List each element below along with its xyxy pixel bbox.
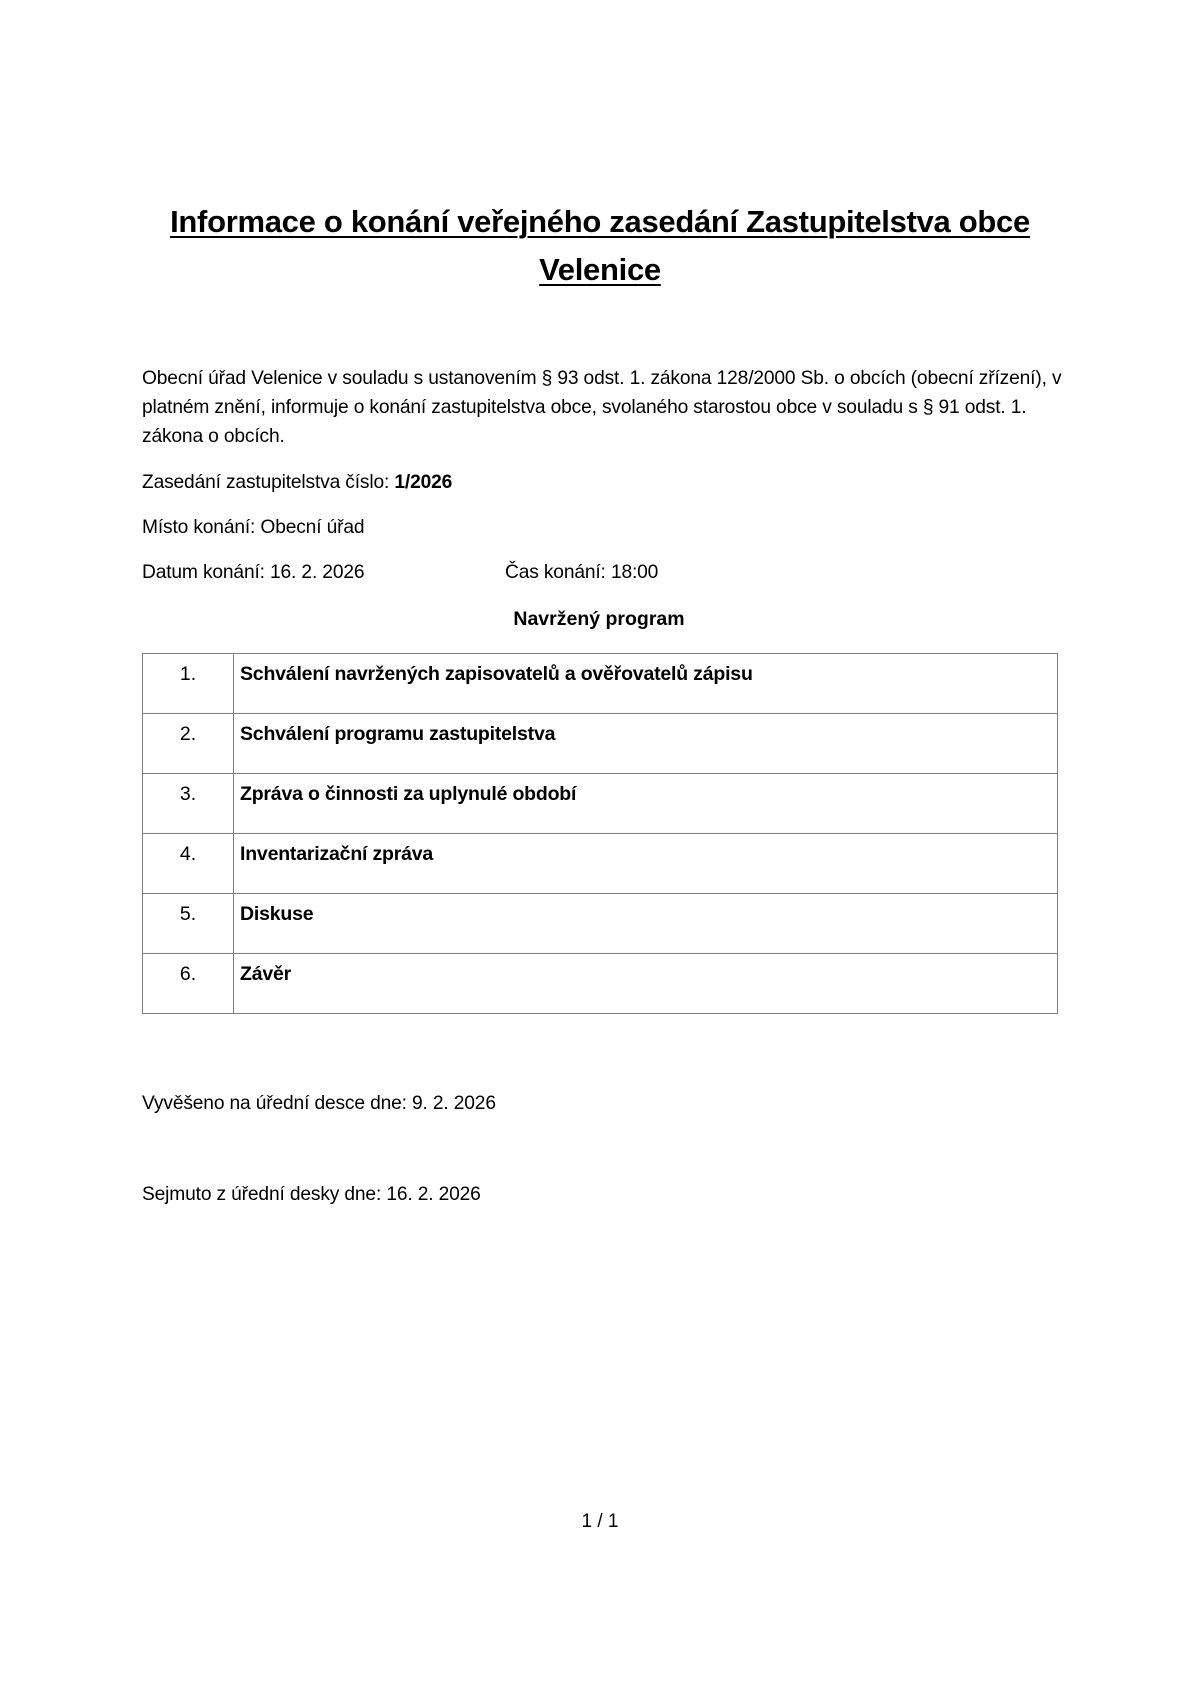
- time-label: Čas konání:: [505, 562, 611, 583]
- program-item-number: 6.: [143, 954, 234, 1014]
- page-number: 1 / 1: [0, 1508, 1190, 1536]
- program-item-title: Schválení programu zastupitelstva: [234, 714, 1058, 774]
- posted-label: Vyvěšeno na úřední desce dne:: [142, 1093, 412, 1114]
- program-item-number: 4.: [143, 834, 234, 894]
- program-table: 1.Schválení navržených zapisovatelů a ov…: [142, 653, 1058, 1014]
- program-item-number: 3.: [143, 774, 234, 834]
- title-line-2: Velenice: [539, 252, 661, 287]
- program-heading: Navržený program: [0, 605, 1190, 634]
- title-line-1: Informace o konání veřejného zasedání Za…: [170, 204, 1030, 239]
- program-item-number: 1.: [143, 654, 234, 714]
- place-value: Obecní úřad: [260, 517, 364, 538]
- program-item-title: Diskuse: [234, 894, 1058, 954]
- meeting-number-label: Zasedání zastupitelstva číslo:: [142, 472, 394, 493]
- program-item-title: Schválení navržených zapisovatelů a ověř…: [234, 654, 1058, 714]
- removed-value: 16. 2. 2026: [386, 1184, 480, 1205]
- meeting-time-line: Čas konání: 18:00: [505, 558, 658, 587]
- date-label: Datum konání:: [142, 562, 270, 583]
- document-page: Informace o konání veřejného zasedání Za…: [0, 0, 1190, 1683]
- removed-date-line: Sejmuto z úřední desky dne: 16. 2. 2026: [142, 1180, 1062, 1209]
- table-row: 5.Diskuse: [143, 894, 1058, 954]
- meeting-number-line: Zasedání zastupitelstva číslo: 1/2026: [142, 468, 1062, 497]
- table-row: 1.Schválení navržených zapisovatelů a ov…: [143, 654, 1058, 714]
- removed-label: Sejmuto z úřední desky dne:: [142, 1184, 386, 1205]
- date-value: 16. 2. 2026: [270, 562, 364, 583]
- table-row: 2.Schválení programu zastupitelstva: [143, 714, 1058, 774]
- meeting-number-value: 1/2026: [394, 472, 452, 493]
- posted-date-line: Vyvěšeno na úřední desce dne: 9. 2. 2026: [142, 1089, 1062, 1118]
- program-item-number: 5.: [143, 894, 234, 954]
- place-label: Místo konání:: [142, 517, 260, 538]
- posted-value: 9. 2. 2026: [412, 1093, 496, 1114]
- table-row: 4.Inventarizační zpráva: [143, 834, 1058, 894]
- meeting-place-line: Místo konání: Obecní úřad: [142, 513, 1062, 542]
- program-item-title: Zpráva o činnosti za uplynulé období: [234, 774, 1058, 834]
- program-item-title: Inventarizační zpráva: [234, 834, 1058, 894]
- table-row: 6.Závěr: [143, 954, 1058, 1014]
- program-item-title: Závěr: [234, 954, 1058, 1014]
- document-title: Informace o konání veřejného zasedání Za…: [100, 198, 1100, 294]
- time-value: 18:00: [611, 562, 658, 583]
- table-row: 3.Zpráva o činnosti za uplynulé období: [143, 774, 1058, 834]
- intro-paragraph: Obecní úřad Velenice v souladu s ustanov…: [142, 364, 1062, 451]
- program-item-number: 2.: [143, 714, 234, 774]
